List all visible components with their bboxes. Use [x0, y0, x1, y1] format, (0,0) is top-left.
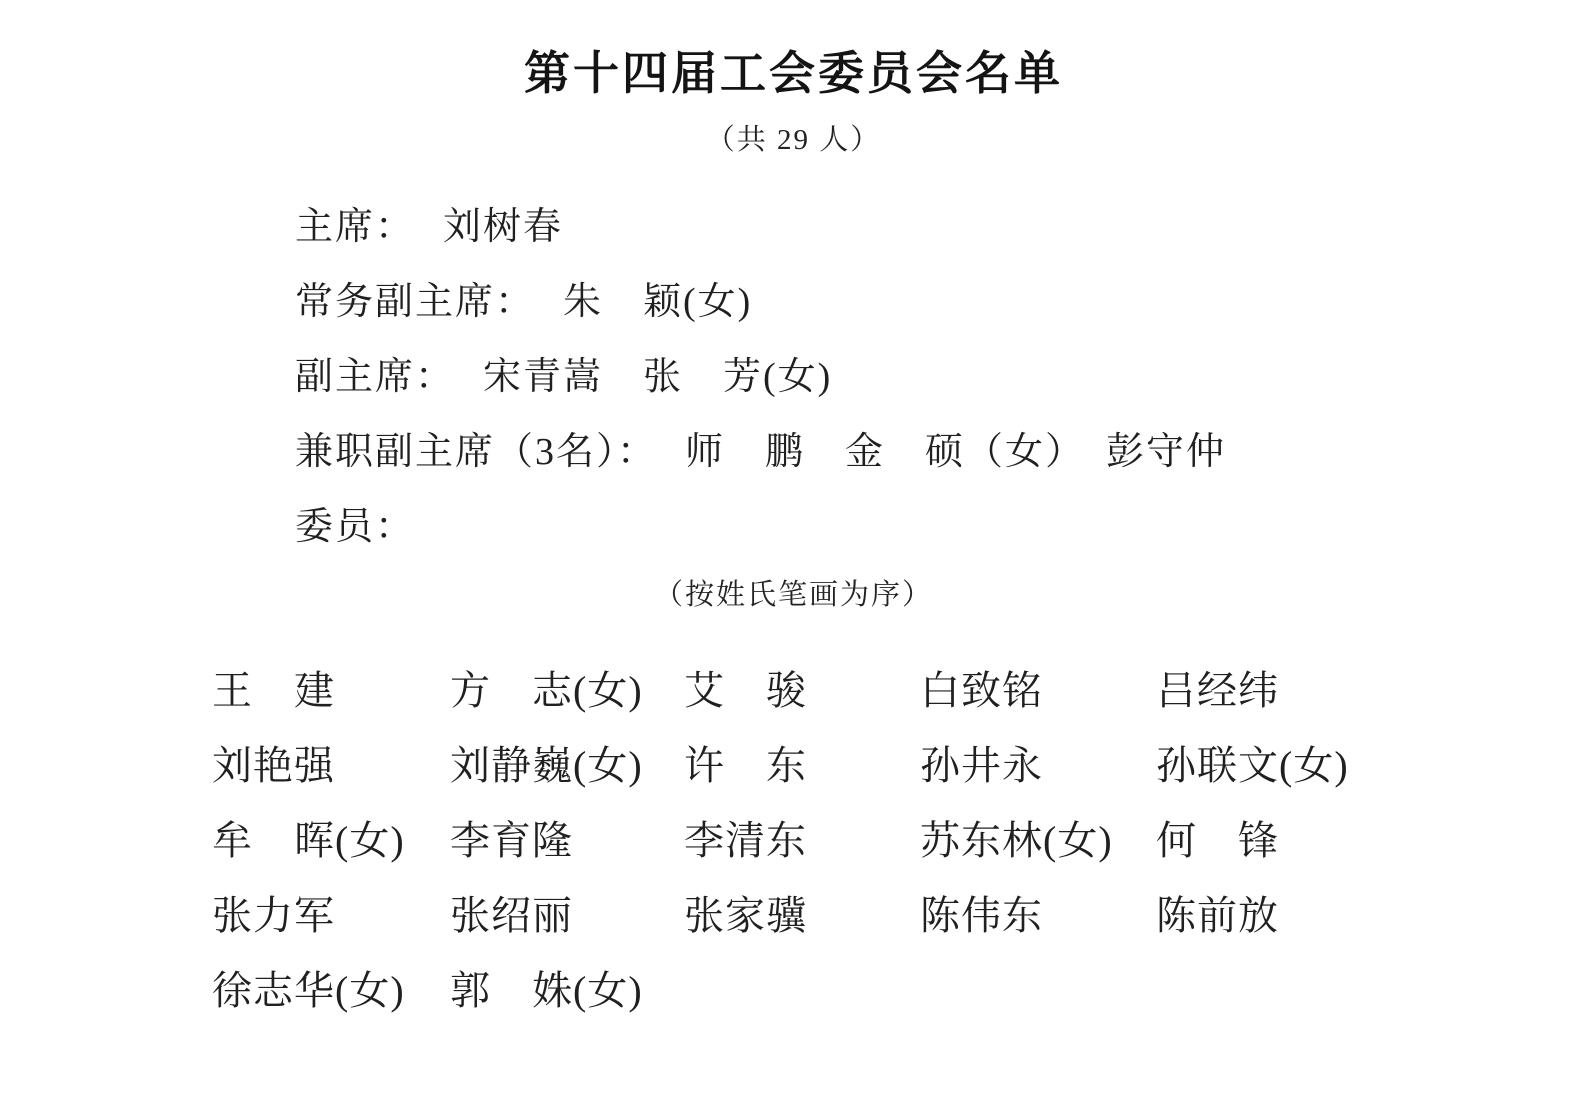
member-name: 方 志(女) — [450, 659, 684, 716]
member-name: 徐志华(女) — [212, 959, 450, 1016]
role-label: 主席： — [295, 195, 415, 250]
member-name: 郭 姝(女) — [450, 959, 684, 1016]
role-label: 副主席： — [295, 345, 455, 400]
sort-order-note: （按姓氏笔画为序） — [0, 575, 1587, 615]
role-names: 朱 颖(女) — [563, 270, 752, 325]
role-names: 师 鹏 金 硕（女） 彭守仲 — [685, 420, 1226, 475]
role-label: 常务副主席： — [295, 270, 535, 325]
member-row: 张力军 张绍丽 张家骥 陈伟东 陈前放 — [212, 875, 1512, 950]
member-row: 徐志华(女) 郭 姝(女) — [212, 950, 1512, 1025]
member-name: 艾 骏 — [684, 659, 920, 716]
member-name: 刘艳强 — [212, 734, 450, 791]
member-name: 张绍丽 — [450, 884, 684, 941]
role-label: 委员： — [295, 495, 415, 550]
role-line-parttime-vice-chairmen: 兼职副主席（3名）： 师 鹏 金 硕（女） 彭守仲 — [295, 410, 1587, 485]
member-name: 苏东林(女) — [920, 809, 1156, 866]
member-row: 牟 晖(女) 李育隆 李清东 苏东林(女) 何 锋 — [212, 800, 1512, 875]
role-line-vice-chairmen: 副主席： 宋青嵩 张 芳(女) — [295, 335, 1587, 410]
member-name: 孙井永 — [920, 734, 1156, 791]
role-line-committee-members: 委员： — [295, 485, 1587, 560]
document-title: 第十四届工会委员会名单 — [0, 0, 1587, 104]
member-name: 李清东 — [684, 809, 920, 866]
member-name: 张力军 — [212, 884, 450, 941]
member-row: 刘艳强 刘静巍(女) 许 东 孙井永 孙联文(女) — [212, 725, 1512, 800]
role-label: 兼职副主席（3名）： — [295, 420, 657, 475]
member-name: 张家骥 — [684, 884, 920, 941]
member-name: 何 锋 — [1156, 809, 1512, 866]
member-name: 白致铭 — [920, 659, 1156, 716]
member-name: 王 建 — [212, 659, 450, 716]
member-name: 陈前放 — [1156, 884, 1512, 941]
member-row: 王 建 方 志(女) 艾 骏 白致铭 吕经纬 — [212, 650, 1512, 725]
role-names: 宋青嵩 张 芳(女) — [483, 345, 832, 400]
member-name: 李育隆 — [450, 809, 684, 866]
member-name: 孙联文(女) — [1156, 734, 1512, 791]
member-name: 牟 晖(女) — [212, 809, 450, 866]
member-name: 许 东 — [684, 734, 920, 791]
member-count-note: （共 29 人） — [0, 120, 1587, 160]
member-name: 吕经纬 — [1156, 659, 1512, 716]
role-names: 刘树春 — [443, 195, 563, 250]
leadership-section: 主席： 刘树春 常务副主席： 朱 颖(女) 副主席： 宋青嵩 张 芳(女) 兼职… — [295, 185, 1587, 560]
document-page: 第十四届工会委员会名单 （共 29 人） 主席： 刘树春 常务副主席： 朱 颖(… — [0, 0, 1587, 1100]
role-line-executive-vice-chairman: 常务副主席： 朱 颖(女) — [295, 260, 1587, 335]
role-line-chairman: 主席： 刘树春 — [295, 185, 1587, 260]
member-name: 刘静巍(女) — [450, 734, 684, 791]
members-grid: 王 建 方 志(女) 艾 骏 白致铭 吕经纬 刘艳强 刘静巍(女) 许 东 孙井… — [212, 650, 1512, 1025]
member-name: 陈伟东 — [920, 884, 1156, 941]
